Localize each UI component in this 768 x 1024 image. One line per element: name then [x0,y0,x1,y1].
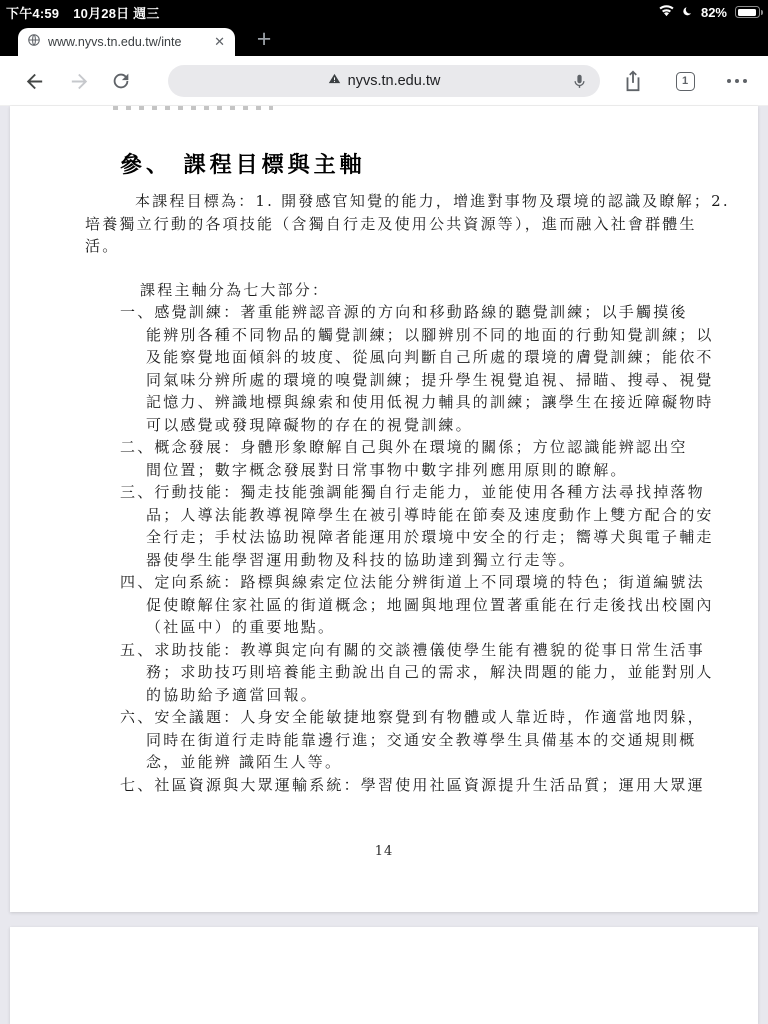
document-line: 一、感覺訓練：著重能辨認音源的方向和移動路線的聽覺訓練；以手觸摸後 [120,301,758,324]
tab-close-icon[interactable]: ✕ [213,34,226,50]
omnibox[interactable]: nyvs.tn.edu.tw [168,65,600,97]
status-date: 10月28日 週三 [73,3,159,22]
reload-button[interactable] [99,56,143,106]
page-number: 14 [10,844,758,859]
status-bar: 下午4:59 10月28日 週三 82% [0,0,768,24]
url-text: nyvs.tn.edu.tw [348,73,441,89]
microphone-icon [571,73,588,90]
focus-moon-icon [681,4,695,21]
document-heading: 參、 課程目標與主軸 [120,148,758,179]
menu-button[interactable] [715,56,759,106]
document-line: 品；人導法能教導視障學生在被引導時能在節奏及速度動作上雙方配合的安 [146,504,758,527]
document-line: 二、概念發展：身體形象瞭解自己與外在環境的關係；方位認識能辨認出空 [120,436,758,459]
document-line: 本課程目標為：1. 開發感官知覺的能力，增進對事物及環境的認識及瞭解；2. [135,190,758,213]
tab-strip: www.nyvs.tn.edu.tw/inte ✕ + [0,24,768,56]
document-line: 間位置；數字概念發展對日常事物中數字排列應用原則的瞭解。 [146,459,758,482]
document-line: 的協助給予適當回報。 [146,684,758,707]
status-time: 下午4:59 [6,3,59,22]
document-lines: 本課程目標為：1. 開發感官知覺的能力，增進對事物及環境的認識及瞭解；2.培養獨… [10,190,758,796]
document-line: 培養獨立行動的各項技能（含獨自行走及使用公共資源等），進而融入社會群體生 [85,213,758,236]
page-canvas: 參、 課程目標與主軸 本課程目標為：1. 開發感官知覺的能力，增進對事物及環境的… [0,106,768,1024]
browser-tab[interactable]: www.nyvs.tn.edu.tw/inte ✕ [18,28,235,56]
document-line: 全行走；手杖法協助視障者能運用於環境中安全的行走；嚮導犬與電子輔走 [146,526,758,549]
tab-switcher-button[interactable]: 1 [663,56,707,106]
back-button[interactable] [12,56,56,106]
forward-arrow-icon [68,70,91,93]
document-line: 四、定向系統：路標與線索定位法能分辨街道上不同環境的特色；街道編號法 [120,571,758,594]
document-line: 課程主軸分為七大部分： [140,279,758,302]
battery-percent: 82% [701,5,727,20]
document-line: 能辨別各種不同物品的觸覺訓練；以腳辨別不同的地面的行動知覺訓練；以 [146,324,758,347]
more-dots-icon [727,79,748,84]
document-line: 六、安全議題：人身安全能敏捷地察覺到有物體或人靠近時，作適當地閃躲， [120,706,758,729]
document-line: 務；求助技巧則培養能主動說出自己的需求，解決問題的能力，並能對別人 [146,661,758,684]
document-page-14: 參、 課程目標與主軸 本課程目標為：1. 開發感官知覺的能力，增進對事物及環境的… [10,106,758,912]
document-line: 念，並能辨 識陌生人等。 [146,751,758,774]
document-line: （社區中）的重要地點。 [146,616,758,639]
forward-button[interactable] [57,56,101,106]
document-line: 同氣味分辨所處的環境的嗅覺訓練；提升學生視覺追視、掃瞄、搜尋、視覺 [146,369,758,392]
warning-icon [328,72,341,90]
document-line: 及能察覺地面傾斜的坡度、從風向判斷自己所處的環境的膚覺訓練；能依不 [146,346,758,369]
tab-count-badge: 1 [676,72,695,91]
document-line: 三、行動技能：獨走技能強調能獨自行走能力，並能使用各種方法尋找掉落物 [120,481,758,504]
tab-title: www.nyvs.tn.edu.tw/inte [48,35,206,49]
document-line: 同時在街道行走時能靠邊行進；交通安全教導學生具備基本的交通規則概 [146,729,758,752]
document-line: 器使學生能學習運用動物及科技的協助達到獨立行走等。 [146,549,758,572]
share-icon [622,69,644,93]
clipped-scrolled-text [113,106,273,110]
wifi-icon [658,4,675,20]
document-line: 七、社區資源與大眾運輸系統：學習使用社區資源提升生活品質；運用大眾運 [120,774,758,797]
reload-icon [110,70,132,92]
site-globe-icon [27,33,41,52]
document-page-next [10,927,758,1024]
document-line: 可以感覺或發現障礙物的存在的視覺訓練。 [146,414,758,437]
document-line: 活。 [85,235,758,258]
battery-icon [735,6,760,18]
document-line: 記憶力、辨識地標與線索和使用低視力輔具的訓練；讓學生在接近障礙物時 [146,391,758,414]
share-button[interactable] [611,56,655,106]
voice-search-button[interactable] [566,69,592,93]
new-tab-button[interactable]: + [249,23,279,55]
browser-toolbar: nyvs.tn.edu.tw 1 [0,56,768,106]
document-line: 五、求助技能：教導與定向有關的交談禮儀使學生能有禮貌的從事日常生活事 [120,639,758,662]
document-line: 促使瞭解住家社區的街道概念；地圖與地理位置著重能在行走後找出校園內 [146,594,758,617]
back-arrow-icon [23,70,46,93]
